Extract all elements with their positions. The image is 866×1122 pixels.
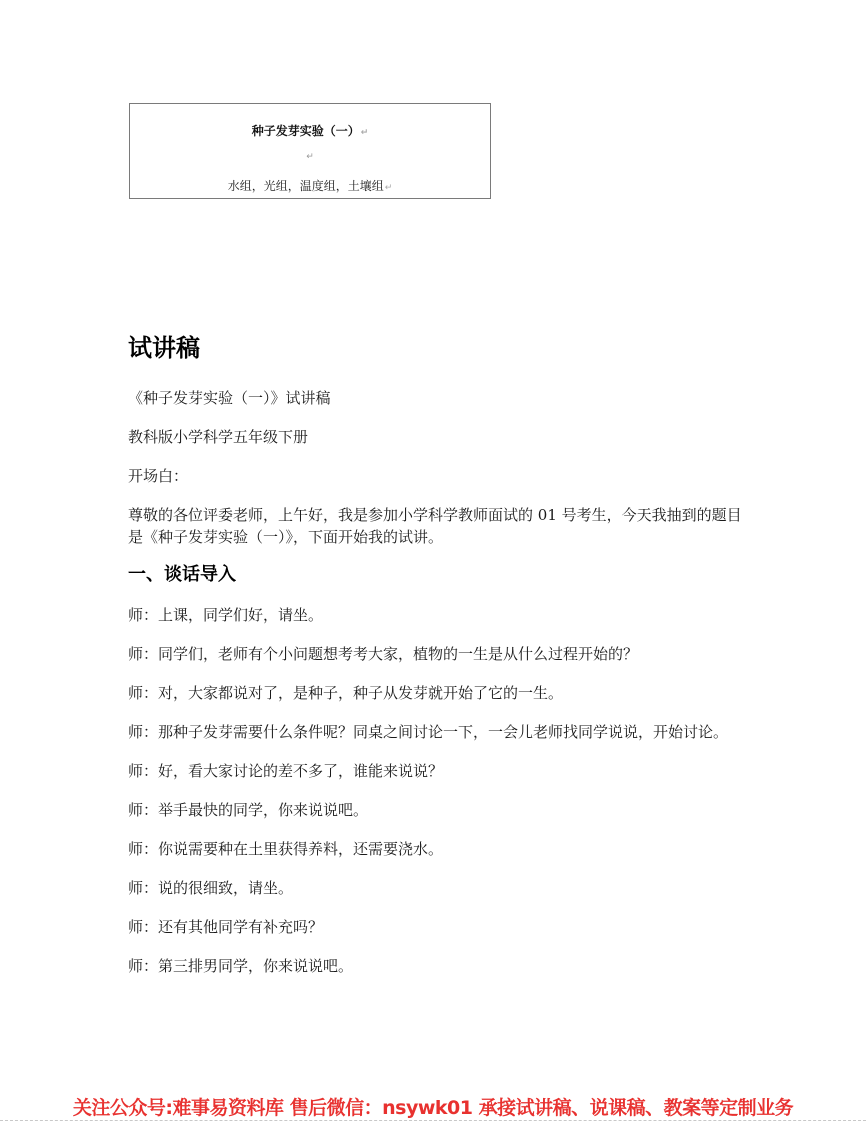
slide-title: 种子发芽实验（一）↵ — [130, 122, 490, 139]
dialogue-line: 师：同学们，老师有个小问题想考考大家，植物的一生是从什么过程开始的？ — [128, 643, 748, 665]
dialogue-line: 师：那种子发芽需要什么条件呢？同桌之间讨论一下，一会儿老师找同学说说，开始讨论。 — [128, 721, 748, 743]
lesson-title: 《种子发芽实验（一）》试讲稿 — [128, 387, 748, 409]
slide-title-text: 种子发芽实验（一） — [252, 124, 360, 138]
slide-groups: 水组，光组，温度组，土壤组↵ — [130, 177, 490, 194]
dialogue-line: 师：上课，同学们好，请坐。 — [128, 604, 748, 626]
document-body: 试讲稿 《种子发芽实验（一）》试讲稿 教科版小学科学五年级下册 开场白： 尊敬的… — [128, 330, 748, 977]
textbook-info: 教科版小学科学五年级下册 — [128, 426, 748, 448]
opening-label: 开场白： — [128, 465, 748, 487]
slide-groups-text: 水组，光组，温度组，土壤组 — [228, 179, 384, 193]
section-heading-intro: 一、谈话导入 — [128, 562, 748, 588]
paragraph-mark-icon: ↵ — [130, 152, 490, 162]
slide-thumbnail: 种子发芽实验（一）↵ ↵ 水组，光组，温度组，土壤组↵ — [129, 103, 491, 199]
footer-promo-banner: 关注公众号:难事易资料库 售后微信：nsywk01 承接试讲稿、说课稿、教案等定… — [0, 1093, 866, 1121]
dialogue-line: 师：举手最快的同学，你来说说吧。 — [128, 799, 748, 821]
dialogue-line: 师：第三排男同学，你来说说吧。 — [128, 955, 748, 977]
dialogue-line: 师：还有其他同学有补充吗？ — [128, 916, 748, 938]
dialogue-line: 师：你说需要种在土里获得养料，还需要浇水。 — [128, 838, 748, 860]
dialogue-line: 师：说的很细致，请坐。 — [128, 877, 748, 899]
paragraph-mark-icon: ↵ — [385, 183, 393, 193]
dialogue-line: 师：对，大家都说对了，是种子，种子从发芽就开始了它的一生。 — [128, 682, 748, 704]
document-title: 试讲稿 — [128, 330, 748, 366]
paragraph-mark-icon: ↵ — [361, 128, 369, 138]
dialogue-line: 师：好，看大家讨论的差不多了，谁能来说说？ — [128, 760, 748, 782]
footer-divider — [0, 1120, 866, 1121]
opening-speech: 尊敬的各位评委老师，上午好，我是参加小学科学教师面试的 01 号考生，今天我抽到… — [128, 504, 748, 548]
